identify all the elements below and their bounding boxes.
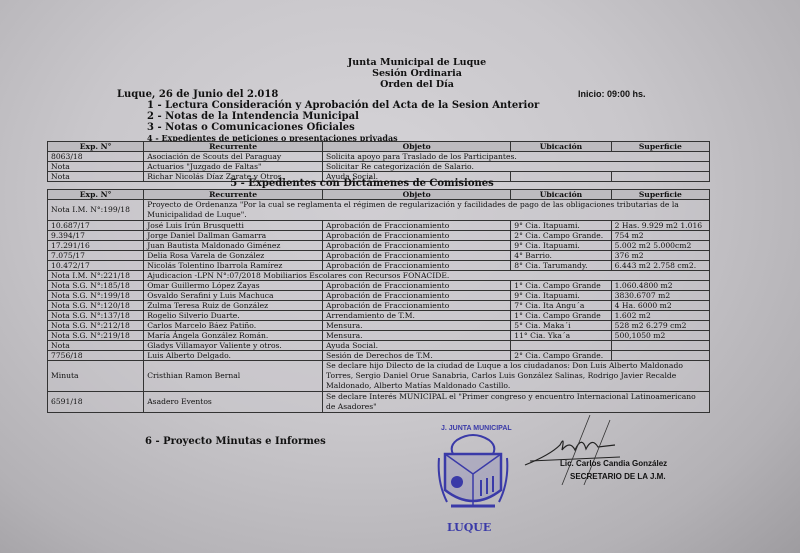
cell-exp: 8063/18 bbox=[48, 152, 144, 162]
cell-recurrente: Asadero Eventos bbox=[144, 392, 323, 413]
table-row: MinutaCristhian Ramon BernalSe declare h… bbox=[48, 361, 710, 392]
col-ubicacion: Ubicación bbox=[511, 142, 611, 152]
table-row: Nota S.G. N°:185/18Omar Guillermo López … bbox=[48, 281, 710, 291]
cell-objeto: Aprobación de Fraccionamiento bbox=[323, 281, 511, 291]
cell-objeto: Arrendamiento de T.M. bbox=[323, 311, 511, 321]
session-date: Luque, 26 de Junio del 2.018 bbox=[117, 89, 278, 100]
cell-recurrente: Nicolás Tolentino Ibarrola Ramírez bbox=[144, 261, 323, 271]
signatory-role: SECRETARIO DE LA J.M. bbox=[570, 472, 666, 481]
cell-superficie bbox=[611, 341, 709, 351]
cell-exp: 10.687/17 bbox=[48, 221, 144, 231]
cell-superficie: 6.443 m2 2.758 cm2. bbox=[611, 261, 709, 271]
agenda-item-3: 3 - Notas o Comunicaciones Oficiales bbox=[147, 122, 355, 133]
col-recurrente: Recurrente bbox=[144, 142, 323, 152]
table-row: Nota S.G. N°:137/18Rogelio Silverio Duar… bbox=[48, 311, 710, 321]
cell-recurrente: Jorge Daniel Dallman Gamarra bbox=[144, 231, 323, 241]
cell-ubicacion: 7° Cia. Ita Angu´a bbox=[511, 301, 611, 311]
cell-ubicacion: 9° Cia. Itapuami. bbox=[511, 241, 611, 251]
cell-ubicacion: 9° Cia. Itapuami. bbox=[511, 221, 611, 231]
cell-superficie: 500,1050 m2 bbox=[611, 331, 709, 341]
cell-exp: 10.472/17 bbox=[48, 261, 144, 271]
table-row: NotaGladys Villamayor Valiente y otros.A… bbox=[48, 341, 710, 351]
cell-objeto: Aprobación de Fraccionamiento bbox=[323, 301, 511, 311]
table-row: Nota I.M. N°:199/18Proyecto de Ordenanza… bbox=[48, 200, 710, 221]
cell-objeto: Sesión de Derechos de T.M. bbox=[323, 351, 511, 361]
cell-objeto: Solicita apoyo para Traslado de los Part… bbox=[323, 152, 710, 162]
table-row: Nota I.M. N°:221/18Ajudicacion -LPN N°:0… bbox=[48, 271, 710, 281]
document-title: Junta Municipal de Luque bbox=[317, 58, 517, 69]
col-exp: Exp. N° bbox=[48, 142, 144, 152]
cell-recurrente: María Ángela González Román. bbox=[144, 331, 323, 341]
cell-objeto: Aprobación de Fraccionamiento bbox=[323, 261, 511, 271]
cell-ubicacion: 11° Cia. Yka´a bbox=[511, 331, 611, 341]
col-objeto: Objeto bbox=[323, 142, 511, 152]
cell-superficie: 4 Ha. 6000 m2 bbox=[611, 301, 709, 311]
col-exp: Exp. N° bbox=[48, 190, 144, 200]
col-superficie: Superficie bbox=[611, 142, 709, 152]
col-recurrente: Recurrente bbox=[144, 190, 323, 200]
cell-objeto: Se declare hijo Dilecto de la ciudad de … bbox=[323, 361, 710, 392]
cell-recurrente: Ajudicacion -LPN N°:07/2018 Mobiliarios … bbox=[144, 271, 710, 281]
table-section-4: Exp. N° Recurrente Objeto Ubicación Supe… bbox=[47, 141, 710, 182]
agenda-item-1: 1 - Lectura Consideración y Aprobación d… bbox=[147, 100, 539, 111]
cell-superficie: 754 m2 bbox=[611, 231, 709, 241]
cell-recurrente: Carlos Marcelo Báez Patiño. bbox=[144, 321, 323, 331]
cell-ubicacion: 2° Cia. Campo Grande. bbox=[511, 351, 611, 361]
order-title: Orden del Día bbox=[317, 80, 517, 91]
cell-recurrente: Osvaldo Serafini y Luis Machuca bbox=[144, 291, 323, 301]
table-row: 10.472/17Nicolás Tolentino Ibarrola Ramí… bbox=[48, 261, 710, 271]
cell-objeto: Ayuda Social. bbox=[323, 341, 511, 351]
cell-recurrente: Omar Guillermo López Zayas bbox=[144, 281, 323, 291]
cell-objeto: Aprobación de Fraccionamiento bbox=[323, 251, 511, 261]
cell-superficie: 1.602 m2 bbox=[611, 311, 709, 321]
cell-objeto: Mensura. bbox=[323, 331, 511, 341]
agenda-item-6: 6 - Proyecto Minutas e Informes bbox=[145, 436, 326, 447]
cell-exp: 9.394/17 bbox=[48, 231, 144, 241]
cell-ubicacion: 1° Cia. Campo Grande bbox=[511, 281, 611, 291]
cell-ubicacion: 9° Cia. Itapuami. bbox=[511, 291, 611, 301]
cell-ubicacion: 2° Cia. Campo Grande. bbox=[511, 231, 611, 241]
cell-recurrente: Asociación de Scouts del Paraguay bbox=[144, 152, 323, 162]
cell-exp: Minuta bbox=[48, 361, 144, 392]
cell-ubicacion: 1° Cia. Campo Grande bbox=[511, 311, 611, 321]
cell-recurrente: Gladys Villamayor Valiente y otros. bbox=[144, 341, 323, 351]
coat-of-arms-icon bbox=[437, 432, 509, 517]
cell-objeto: Aprobación de Fraccionamiento bbox=[323, 231, 511, 241]
stamp-city: LUQUE bbox=[447, 521, 535, 534]
table-section-5: Exp. N° Recurrente Objeto Ubicación Supe… bbox=[47, 189, 710, 413]
cell-objeto: Se declare Interés MUNICIPAL el "Primer … bbox=[323, 392, 710, 413]
cell-objeto: Aprobación de Fraccionamiento bbox=[323, 291, 511, 301]
cell-recurrente: Juan Bautista Maldonado Giménez bbox=[144, 241, 323, 251]
cell-exp: 6591/18 bbox=[48, 392, 144, 413]
cell-recurrente: Luis Alberto Delgado. bbox=[144, 351, 323, 361]
table-row: 10.687/17José Luis Irún BrusquettiAproba… bbox=[48, 221, 710, 231]
cell-exp: Nota S.G. N°:185/18 bbox=[48, 281, 144, 291]
cell-exp: Nota S.G. N°:219/18 bbox=[48, 331, 144, 341]
cell-exp: Nota bbox=[48, 341, 144, 351]
table-row: 6591/18Asadero EventosSe declare Interés… bbox=[48, 392, 710, 413]
cell-superficie bbox=[611, 172, 709, 182]
cell-recurrente: Cristhian Ramon Bernal bbox=[144, 361, 323, 392]
table-row: Nota S.G. N°:212/18Carlos Marcelo Báez P… bbox=[48, 321, 710, 331]
cell-exp: Nota I.M. N°:199/18 bbox=[48, 200, 144, 221]
cell-superficie: 5.002 m2 5.000cm2 bbox=[611, 241, 709, 251]
cell-recurrente: Proyecto de Ordenanza "Por la cual se re… bbox=[144, 200, 710, 221]
cell-exp: 17.291/16 bbox=[48, 241, 144, 251]
cell-exp: Nota S.G. N°:120/18 bbox=[48, 301, 144, 311]
cell-exp: Nota S.G. N°:212/18 bbox=[48, 321, 144, 331]
cell-superficie: 1.060.4800 m2 bbox=[611, 281, 709, 291]
cell-exp: Nota S.G. N°:137/18 bbox=[48, 311, 144, 321]
col-ubicacion: Ubicación bbox=[511, 190, 611, 200]
cell-exp: Nota bbox=[48, 162, 144, 172]
cell-superficie bbox=[611, 351, 709, 361]
table-row: 7756/18Luis Alberto Delgado.Sesión de De… bbox=[48, 351, 710, 361]
cell-exp: Nota bbox=[48, 172, 144, 182]
cell-ubicacion bbox=[511, 341, 611, 351]
cell-recurrente: Rogelio Silverio Duarte. bbox=[144, 311, 323, 321]
cell-ubicacion: 5° Cia. Maka´i bbox=[511, 321, 611, 331]
cell-recurrente: José Luis Irún Brusquetti bbox=[144, 221, 323, 231]
table-row: NotaActuarios "Juzgado de Faltas"Solicit… bbox=[48, 162, 710, 172]
cell-recurrente: Delia Rosa Varela de González bbox=[144, 251, 323, 261]
agenda-item-5: 5 - Expedientes con Dictámenes de Comisi… bbox=[147, 178, 577, 189]
cell-ubicacion: 4° Barrio. bbox=[511, 251, 611, 261]
signatory-name: Lic. Carlos Candia González bbox=[560, 459, 667, 468]
cell-exp: 7.075/17 bbox=[48, 251, 144, 261]
cell-objeto: Aprobación de Fraccionamiento bbox=[323, 221, 511, 231]
cell-superficie: 528 m2 6.279 cm2 bbox=[611, 321, 709, 331]
table-row: 8063/18Asociación de Scouts del Paraguay… bbox=[48, 152, 710, 162]
cell-superficie: 2 Has. 9.929 m2 1.016 bbox=[611, 221, 709, 231]
col-superficie: Superficie bbox=[611, 190, 709, 200]
cell-exp: Nota I.M. N°:221/18 bbox=[48, 271, 144, 281]
agenda-item-2: 2 - Notas de la Intendencia Municipal bbox=[147, 111, 359, 122]
table-row: 17.291/16Juan Bautista Maldonado Giménez… bbox=[48, 241, 710, 251]
cell-objeto: Mensura. bbox=[323, 321, 511, 331]
table-row: 9.394/17Jorge Daniel Dallman GamarraApro… bbox=[48, 231, 710, 241]
cell-recurrente: Actuarios "Juzgado de Faltas" bbox=[144, 162, 323, 172]
cell-objeto: Aprobación de Fraccionamiento bbox=[323, 241, 511, 251]
table-row: Nota S.G. N°:219/18María Ángela González… bbox=[48, 331, 710, 341]
cell-exp: Nota S.G. N°:199/18 bbox=[48, 291, 144, 301]
start-time: Inicio: 09:00 hs. bbox=[578, 89, 646, 99]
cell-recurrente: Zulma Teresa Ruiz de González bbox=[144, 301, 323, 311]
cell-objeto: Solicitar Re categorización de Salario. bbox=[323, 162, 710, 172]
table-row: 7.075/17Delia Rosa Varela de GonzálezApr… bbox=[48, 251, 710, 261]
table-row: Nota S.G. N°:199/18Osvaldo Serafini y Lu… bbox=[48, 291, 710, 301]
table-row: Nota S.G. N°:120/18Zulma Teresa Ruiz de … bbox=[48, 301, 710, 311]
cell-superficie: 3830.6707 m2 bbox=[611, 291, 709, 301]
cell-exp: 7756/18 bbox=[48, 351, 144, 361]
cell-ubicacion: 8° Cia. Tarumandy. bbox=[511, 261, 611, 271]
cell-superficie: 376 m2 bbox=[611, 251, 709, 261]
col-objeto: Objeto bbox=[323, 190, 511, 200]
session-type: Sesión Ordinaria bbox=[317, 69, 517, 80]
